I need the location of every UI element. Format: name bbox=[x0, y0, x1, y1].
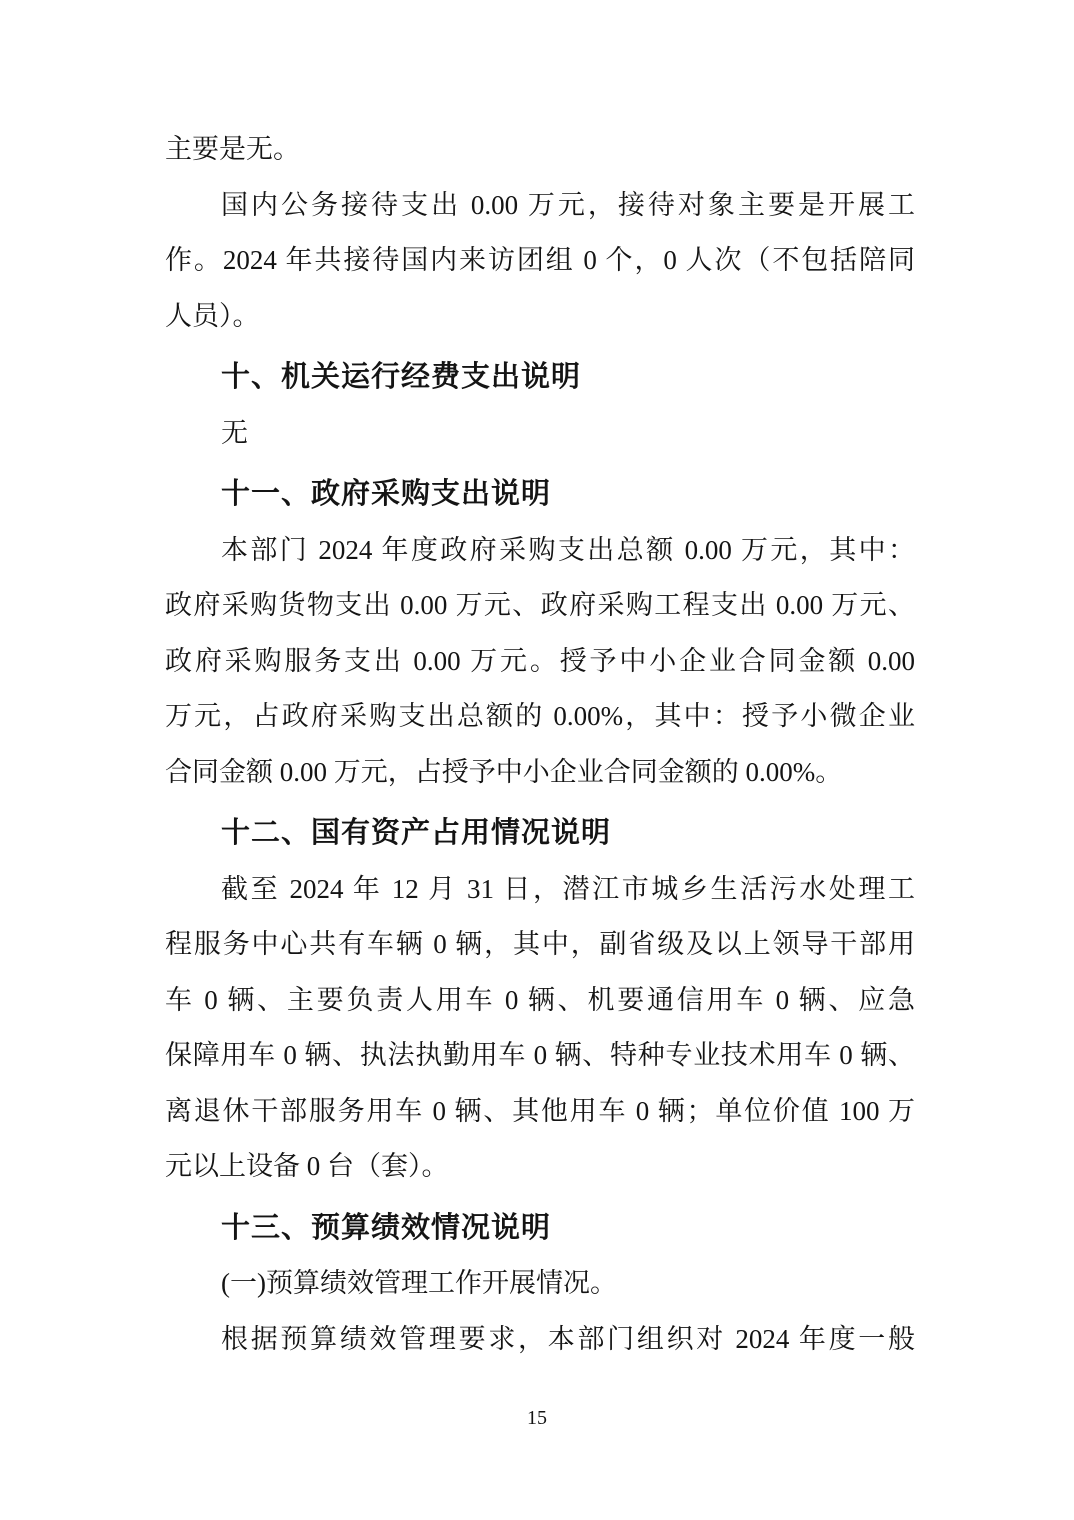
section-heading-12: 十二、国有资产占用情况说明 bbox=[165, 806, 915, 862]
page-number: 15 bbox=[527, 1407, 547, 1429]
paragraph-line: 根据预算绩效管理要求，本部门组织对 2024 年度一般 bbox=[165, 1312, 915, 1368]
paragraph-line: 元以上设备 0 台（套）。 bbox=[165, 1139, 915, 1195]
paragraph-line: 截至 2024 年 12 月 31 日，潜江市城乡生活污水处理工 bbox=[165, 862, 915, 918]
paragraph-line: 作。2024 年共接待国内来访团组 0 个，0 人次（不包括陪同 bbox=[165, 233, 915, 289]
section-heading-10: 十、机关运行经费支出说明 bbox=[165, 350, 915, 406]
page-footer: 15 bbox=[0, 1405, 1074, 1431]
paragraph-line: 人员）。 bbox=[165, 289, 915, 345]
paragraph-line: 政府采购服务支出 0.00 万元。授予中小企业合同金额 0.00 bbox=[165, 634, 915, 690]
document-page: 主要是无。 国内公务接待支出 0.00 万元，接待对象主要是开展工 作。2024… bbox=[0, 0, 1074, 1520]
paragraph-line: 主要是无。 bbox=[165, 122, 915, 178]
paragraph-line: 离退休干部服务用车 0 辆、其他用车 0 辆；单位价值 100 万 bbox=[165, 1084, 915, 1140]
paragraph-line: 合同金额 0.00 万元，占授予中小企业合同金额的 0.00%。 bbox=[165, 745, 915, 801]
paragraph-line: 保障用车 0 辆、执法执勤用车 0 辆、特种专业技术用车 0 辆、 bbox=[165, 1028, 915, 1084]
paragraph-line: 万元，占政府采购支出总额的 0.00%，其中：授予小微企业 bbox=[165, 689, 915, 745]
section-heading-11: 十一、政府采购支出说明 bbox=[165, 467, 915, 523]
document-body: 主要是无。 国内公务接待支出 0.00 万元，接待对象主要是开展工 作。2024… bbox=[165, 0, 915, 1367]
paragraph-line: 车 0 辆、主要负责人用车 0 辆、机要通信用车 0 辆、应急 bbox=[165, 973, 915, 1029]
paragraph-line: 本部门 2024 年度政府采购支出总额 0.00 万元，其中： bbox=[165, 523, 915, 579]
section-heading-13: 十三、预算绩效情况说明 bbox=[165, 1201, 915, 1257]
paragraph-line: 国内公务接待支出 0.00 万元，接待对象主要是开展工 bbox=[165, 178, 915, 234]
paragraph-line: 无 bbox=[165, 406, 915, 462]
paragraph-line: 政府采购货物支出 0.00 万元、政府采购工程支出 0.00 万元、 bbox=[165, 578, 915, 634]
sub-heading: (一)预算绩效管理工作开展情况。 bbox=[165, 1256, 915, 1312]
paragraph-line: 程服务中心共有车辆 0 辆，其中，副省级及以上领导干部用 bbox=[165, 917, 915, 973]
